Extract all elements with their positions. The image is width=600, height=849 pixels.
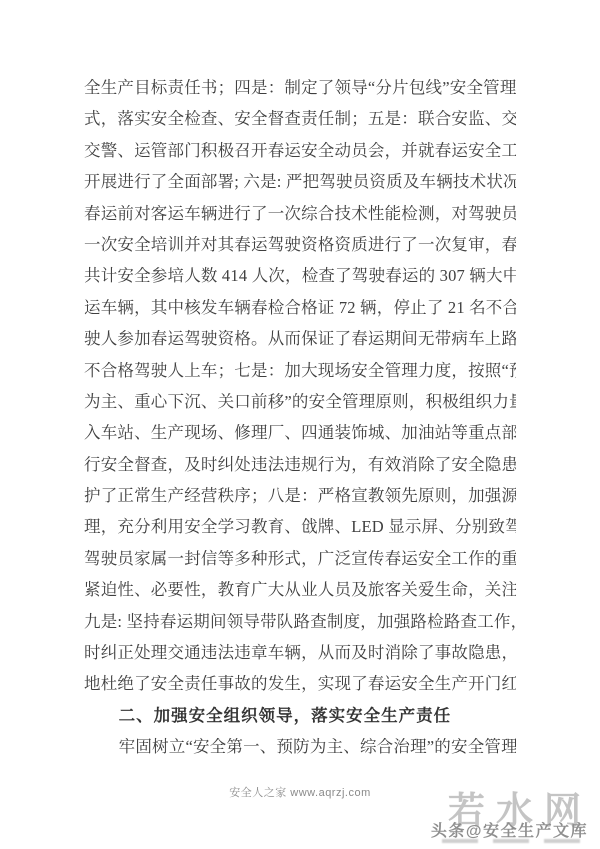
text-line: 不合格驾驶人上车；七是：加大现场安全管理力度，按照“预防 bbox=[84, 355, 516, 386]
text-line: 地杜绝了安全责任事故的发生，实现了春运安全生产开门红。 bbox=[84, 668, 516, 699]
document-page: 全生产目标责任书；四是：制定了领导“分片包线”安全管理方式，落实安全检查、安全督… bbox=[0, 0, 600, 849]
watermark-subtext-bars bbox=[442, 839, 580, 843]
text-line: 护了正常生产经营秩序；八是：严格宣教领先原则，加强源头管 bbox=[84, 480, 516, 511]
text-line: 紧迫性、必要性，教育广大从业人员及旅客关爱生命，关注安全; bbox=[84, 574, 516, 605]
text-line: 驶人参加春运驾驶资格。从而保证了春运期间无带病车上路，无 bbox=[84, 323, 516, 354]
text-line: 共计安全参培人数 414 人次，检查了驾驶春运的 307 辆大中型客 bbox=[84, 260, 516, 291]
watermark-subtext-bar bbox=[493, 839, 529, 843]
text-line: 行安全督查，及时纠处违法违规行为，有效消除了安全隐患，维 bbox=[84, 449, 516, 480]
text-line: 式，落实安全检查、安全督查责任制；五是：联合安监、交通、 bbox=[84, 103, 516, 134]
text-line: 全生产目标责任书；四是：制定了领导“分片包线”安全管理方 bbox=[84, 72, 516, 103]
text-line: 驾驶员家属一封信等多种形式，广泛宣传春运安全工作的重要性、 bbox=[84, 543, 516, 574]
watermark-subtext-bar bbox=[442, 839, 478, 843]
text-line: 开展进行了全面部署; 六是: 严把驾驶员资质及车辆技术状况关。 bbox=[84, 166, 516, 197]
text-line: 理，充分利用安全学习教育、戗牌、LED 显示屏、分别致驾驶员、 bbox=[84, 511, 516, 542]
watermark: 若水网 头条@安全生产文库 bbox=[400, 792, 596, 849]
text-line: 春运前对客运车辆进行了一次综合技术性能检测，对驾驶员进行 bbox=[84, 198, 516, 229]
text-line: 一次安全培训并对其春运驾驶资格资质进行了一次复审，春运前 bbox=[84, 229, 516, 260]
text-line: 时纠正处理交通违法违章车辆，从而及时消除了事故隐患，有效 bbox=[84, 637, 516, 668]
watermark-overlay-text: 头条@安全生产文库 bbox=[431, 818, 588, 841]
text-line: 为主、重心下沉、关口前移”的安全管理原则，积极组织力量深 bbox=[84, 386, 516, 417]
text-line: 九是: 坚持春运期间领导带队路查制度，加强路检路查工作，及 bbox=[84, 606, 516, 637]
text-line: 运车辆，其中核发车辆春检合格证 72 辆，停止了 21 名不合格驾 bbox=[84, 292, 516, 323]
page-footer-text: 安全人之家 www.aqrzj.com bbox=[0, 784, 600, 800]
text-line: 入车站、生产现场、修理厂、四通装饰城、加油站等重点部位进 bbox=[84, 417, 516, 448]
section-heading: 二、加强安全组织领导，落实安全生产责任 bbox=[84, 700, 516, 731]
text-line: 牢固树立“安全第一、预防为主、综合治理”的安全管理方 bbox=[84, 731, 516, 762]
watermark-subtext-bar bbox=[544, 839, 580, 843]
text-line: 交警、运管部门积极召开春运安全动员会，并就春运安全工作的 bbox=[84, 135, 516, 166]
document-text-block: 全生产目标责任书；四是：制定了领导“分片包线”安全管理方式，落实安全检查、安全督… bbox=[84, 72, 516, 763]
